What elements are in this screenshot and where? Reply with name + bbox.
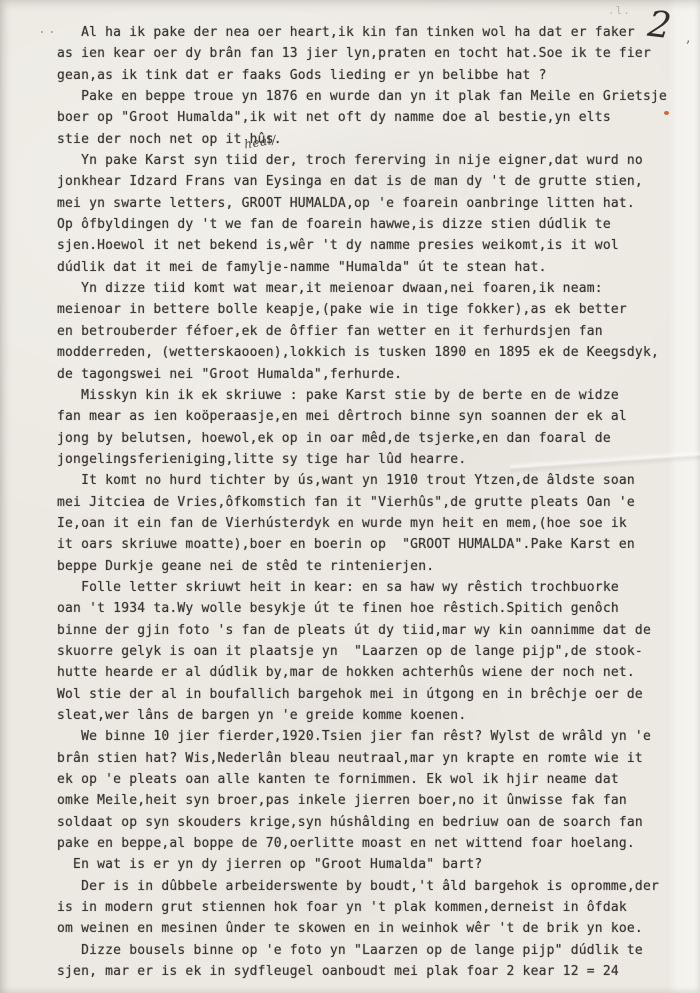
text-line: sleat,wer lâns de bargen yn 'e greide ko… (57, 705, 667, 726)
text-line: fan mear as ien koöperaasje,en mei dêrtr… (57, 406, 667, 427)
text-line: Op ôfbyldingen dy 't we fan de foarein h… (57, 214, 667, 235)
handwritten-page-number: 2 (646, 7, 673, 46)
text-line: is in modern grut stiennen hok foar yn '… (57, 897, 667, 918)
text-line: Misskyn kin ik ek skriuwe : pake Karst s… (57, 385, 667, 406)
text-line: mei Jitciea de Vries,ôfkomstich fan it "… (57, 492, 667, 513)
text-line: meienoar in bettere bolle keapje,(pake w… (57, 299, 667, 320)
scanned-document-page: Al ha ik pake der nea oer heart,ik kin f… (0, 0, 700, 993)
text-line: Pake en beppe troue yn 1876 en wurde dan… (57, 86, 667, 107)
text-line: En wat is er yn dy jierren op "Groot Hum… (57, 854, 667, 875)
text-line: hutte hearde er al dúdlik by,mar de hokk… (57, 662, 667, 683)
text-line: brân stien hat? Wis,Nederlân bleau neutr… (57, 748, 667, 769)
text-line: Dizze bousels binne op 'e foto yn "Laarz… (57, 940, 667, 961)
text-line: ek op 'e pleats oan alle kanten te forni… (57, 769, 667, 790)
text-line: beppe Durkje geane nei de stêd te rinten… (57, 556, 667, 577)
text-line: modderreden, (wetterskaooen),lokkich is … (57, 342, 667, 363)
text-line: It komt no hurd tichter by ús,want yn 19… (57, 470, 667, 491)
ink-fleck (664, 111, 669, 115)
text-line: Wol stie der al in boufallich bargehok m… (57, 684, 667, 705)
text-line: it oars skriuwe moatte),boer en boerin o… (57, 534, 667, 555)
text-line: jongelingsferieniging,litte sy tige har … (57, 449, 667, 470)
typewritten-text: Al ha ik pake der nea oer heart,ik kin f… (57, 22, 667, 982)
text-line: skuorre gelyk is oan it plaatsje yn "Laa… (57, 641, 667, 662)
text-line: mei yn swarte letters, GROOT HUMALDA,op … (57, 193, 667, 214)
text-line: sjen, mar er is ek in sydfleugel oanboud… (57, 961, 667, 982)
text-line: stie der noch net op it hûs. (57, 129, 667, 150)
text-line: Yn dizze tiid komt wat mear,it meienoar … (57, 278, 667, 299)
bleedthrough-mark-top-right: .l. (608, 4, 631, 17)
bleedthrough-marks: .. (38, 22, 58, 37)
text-line: as ien kear oer dy brân fan 13 jier lyn,… (57, 43, 667, 64)
text-line: de tagongswei nei "Groot Humalda",ferhur… (57, 364, 667, 385)
text-line: gean,as ik tink dat er faaks Gods liedin… (57, 65, 667, 86)
text-line: Yn pake Karst syn tiid der, troch fererv… (57, 150, 667, 171)
text-line: binne der gjin foto 's fan de pleats út … (57, 620, 667, 641)
text-line: jonkhear Idzard Frans van Eysinga en dat… (57, 171, 667, 192)
text-line: Der is in dûbbele arbeiderswente by boud… (57, 876, 667, 897)
text-line: boer op "Groot Humalda",ik wit net oft d… (57, 107, 667, 128)
handwritten-tick-mark: , (686, 30, 690, 46)
text-line: dúdlik dat it mei de famylje-namme "Huma… (57, 257, 667, 278)
text-line: Ie,oan it ein fan de Vierhústerdyk en wu… (57, 513, 667, 534)
text-line: Al ha ik pake der nea oer heart,ik kin f… (57, 22, 667, 43)
text-line: We binne 10 jier fierder,1920.Tsien jier… (57, 726, 667, 747)
text-line: pake en beppe,al boppe de 70,oerlitte mo… (57, 833, 667, 854)
text-line: sjen.Hoewol it net bekend is,wêr 't dy n… (57, 235, 667, 256)
text-line: soldaat op syn skouders krige,syn húshâl… (57, 812, 667, 833)
text-line: Folle letter skriuwt heit in kear: en sa… (57, 577, 667, 598)
text-line: jong by belutsen, hoewol,ek op in oar mê… (57, 428, 667, 449)
text-line: om weinen en mesinen ûnder te skowen en … (57, 918, 667, 939)
text-line: en betrouberder féfoer,ek de ôffier fan … (57, 321, 667, 342)
text-line: omke Meile,heit syn broer,pas inkele jie… (57, 790, 667, 811)
text-line: oan 't 1934 ta.Wy wolle besykje út te fi… (57, 598, 667, 619)
